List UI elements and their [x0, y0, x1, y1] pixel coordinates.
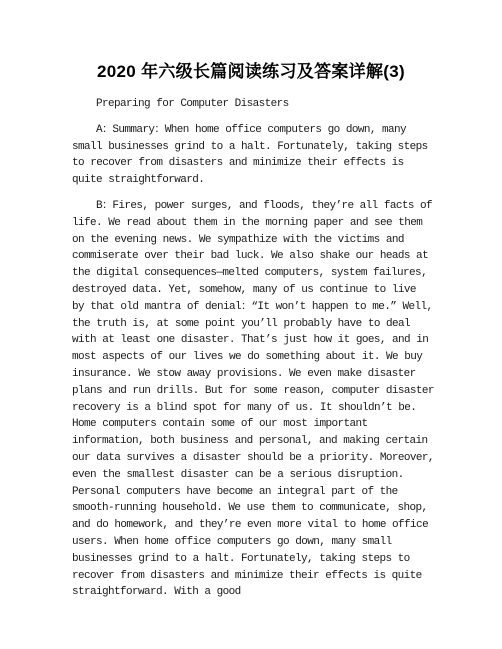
passage-heading: Preparing for Computer Disasters — [72, 96, 434, 113]
paragraph-a: A：Summary：When home office computers go … — [72, 122, 434, 189]
paragraph-b: B：Fires, power surges, and floods, they’… — [72, 198, 434, 601]
document-title: 2020 年六级长篇阅读练习及答案详解(3) — [10, 62, 492, 82]
document-page: 2020 年六级长篇阅读练习及答案详解(3) Preparing for Com… — [0, 0, 502, 649]
document-body: Preparing for Computer Disasters A：Summa… — [72, 96, 434, 601]
